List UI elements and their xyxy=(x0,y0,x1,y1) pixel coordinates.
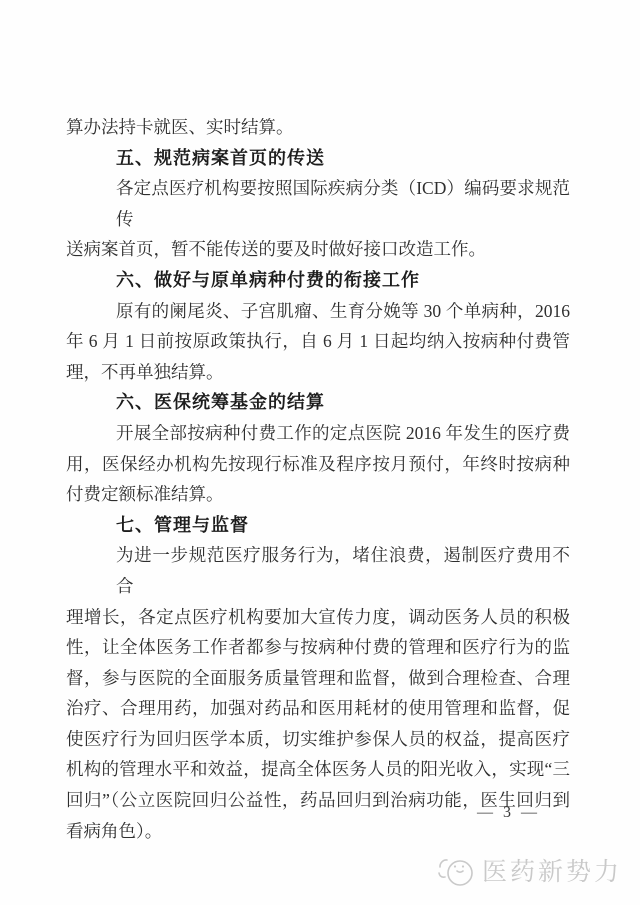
body-line: 用，医保经办机构先按现行标准及程序按月预付，年终时按病种 xyxy=(66,449,570,480)
body-line: 治疗、合理用药，加强对药品和医用耗材的使用管理和监督，促 xyxy=(66,693,570,724)
body-line: 付费定额标准结算。 xyxy=(66,479,570,510)
body-line: 理增长，各定点医疗机构要加大宣传力度，调动医务人员的积极 xyxy=(66,602,570,633)
brand-name: 医药新势力 xyxy=(482,852,622,888)
page-number: — 3 — xyxy=(477,804,540,822)
body-line: 年 6 月 1 日前按原政策执行，自 6 月 1 日起均纳入按病种付费管 xyxy=(66,326,570,357)
mascot-face-icon xyxy=(433,850,479,890)
body-line: 为进一步规范医疗服务行为，堵住浪费，遏制医疗费用不合 xyxy=(66,540,570,601)
body-line: 理，不再单独结算。 xyxy=(66,357,570,388)
brand-watermark: 医药新势力 xyxy=(433,850,622,890)
document-page: 算办法持卡就医、实时结算。五、规范病案首页的传送各定点医疗机构要按照国际疾病分类… xyxy=(0,0,640,905)
body-line: 性，让全体医务工作者都参与按病种付费的管理和医疗行为的监 xyxy=(66,632,570,663)
section-heading: 五、规范病案首页的传送 xyxy=(66,143,570,174)
section-heading: 六、医保统筹基金的结算 xyxy=(66,387,570,418)
body-line: 各定点医疗机构要按照国际疾病分类（ICD）编码要求规范传 xyxy=(66,173,570,234)
body-line: 机构的管理水平和效益，提高全体医务人员的阳光收入，实现“三 xyxy=(66,754,570,785)
body-line: 使医疗行为回归医学本质，切实维护参保人员的权益，提高医疗 xyxy=(66,724,570,755)
section-heading: 七、管理与监督 xyxy=(66,510,570,541)
body-line: 送病案首页，暂不能传送的要及时做好接口改造工作。 xyxy=(66,234,570,265)
body-line: 督，参与医院的全面服务质量管理和监督，做到合理检查、合理 xyxy=(66,663,570,694)
body-line: 原有的阑尾炎、子宫肌瘤、生育分娩等 30 个单病种，2016 xyxy=(66,296,570,327)
section-heading: 六、做好与原单病种付费的衔接工作 xyxy=(66,265,570,296)
body-line: 算办法持卡就医、实时结算。 xyxy=(66,112,570,143)
document-lines: 算办法持卡就医、实时结算。五、规范病案首页的传送各定点医疗机构要按照国际疾病分类… xyxy=(66,112,570,846)
body-line: 开展全部按病种付费工作的定点医院 2016 年发生的医疗费 xyxy=(66,418,570,449)
